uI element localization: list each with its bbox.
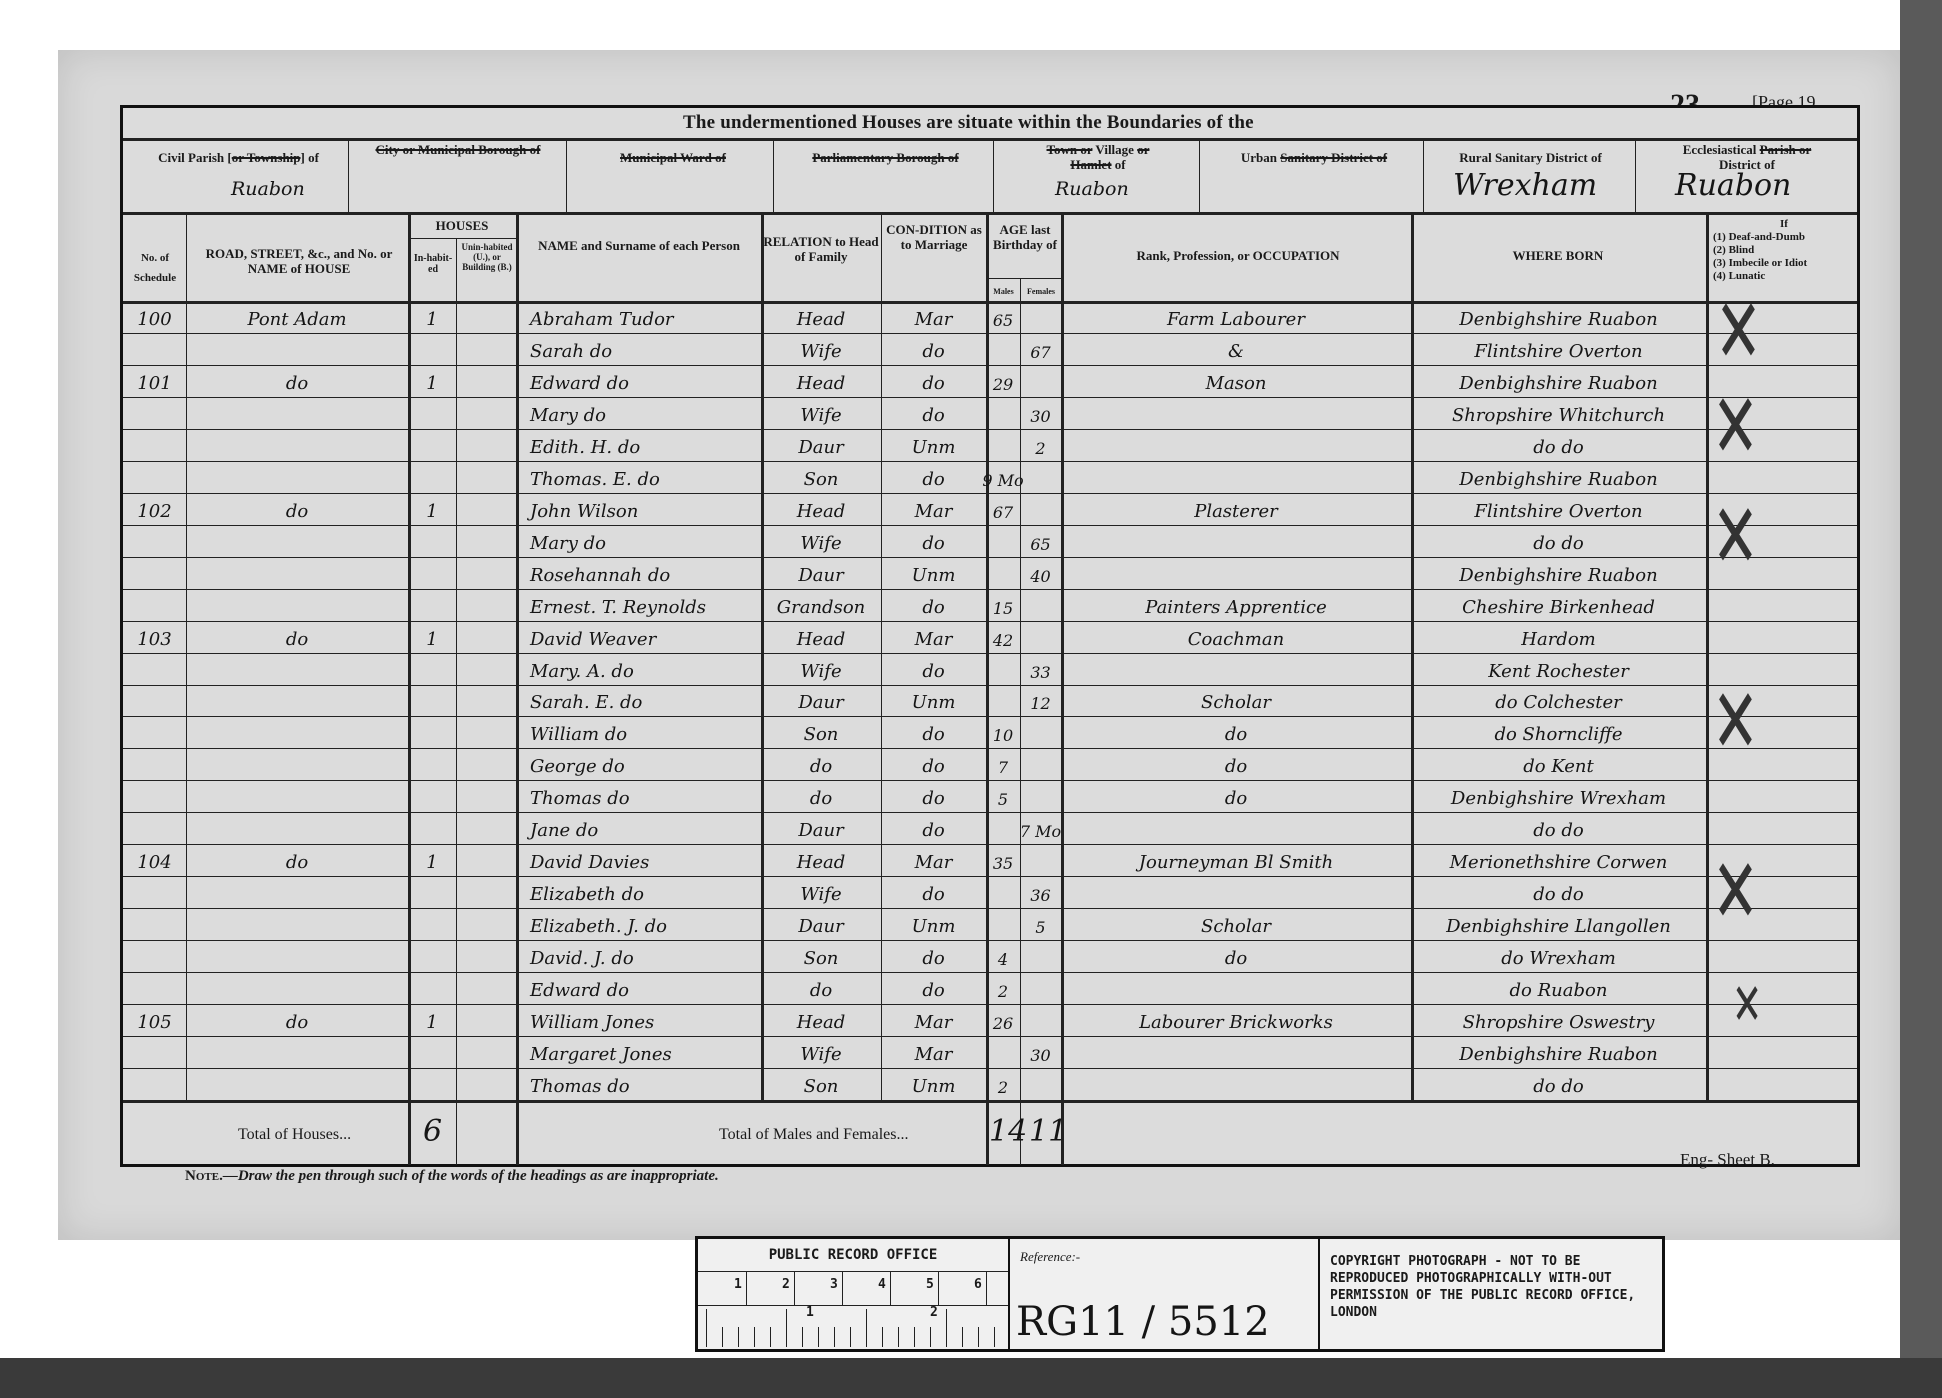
schedule-cell: 105	[123, 1004, 186, 1036]
inhabited-cell	[408, 780, 456, 812]
name-cell: John Wilson	[516, 493, 761, 525]
relation-cell: Son	[761, 940, 881, 972]
female-age-cell	[1020, 461, 1061, 493]
road-cell	[186, 429, 408, 461]
name-cell: Mary do	[516, 397, 761, 429]
relation-cell: do	[761, 972, 881, 1004]
male-age-cell	[986, 812, 1020, 844]
census-form: The undermentioned Houses are situate wi…	[120, 105, 1860, 1167]
male-age-cell	[986, 1036, 1020, 1068]
col-header-where-born: WHERE BORN	[1413, 248, 1703, 263]
female-age-cell	[1020, 780, 1061, 812]
birthplace-cell: do Kent	[1411, 748, 1706, 780]
occupation-cell	[1061, 429, 1411, 461]
road-cell	[186, 940, 408, 972]
rural-sanitary-value: Wrexham	[1453, 168, 1597, 203]
road-cell	[186, 812, 408, 844]
male-age-cell: 7	[986, 748, 1020, 780]
birthplace-cell: Flintshire Overton	[1411, 333, 1706, 365]
public-record-office-stamp: PUBLIC RECORD OFFICE 123456 1 2 Referenc…	[695, 1236, 1665, 1352]
parliamentary-borough-label: Parliamentary Borough of	[783, 150, 988, 165]
name-cell: Mary. A. do	[516, 653, 761, 685]
condition-cell: do	[881, 940, 986, 972]
female-age-cell	[1020, 844, 1061, 876]
occupation-cell: Farm Labourer	[1061, 301, 1411, 333]
schedule-cell	[123, 1036, 186, 1068]
col-line	[1706, 212, 1709, 1100]
male-age-cell	[986, 429, 1020, 461]
office-label: PUBLIC RECORD OFFICE	[698, 1247, 1008, 1263]
condition-cell: Mar	[881, 493, 986, 525]
name-cell: Elizabeth. J. do	[516, 908, 761, 940]
reference-value: RG11 / 5512	[1016, 1299, 1270, 1345]
condition-cell: Mar	[881, 844, 986, 876]
road-cell	[186, 653, 408, 685]
condition-cell: do	[881, 397, 986, 429]
condition-cell: Mar	[881, 1004, 986, 1036]
name-cell: George do	[516, 748, 761, 780]
birthplace-cell: Denbighshire Ruabon	[1411, 461, 1706, 493]
schedule-cell	[123, 461, 186, 493]
occupation-cell	[1061, 461, 1411, 493]
female-age-cell	[1020, 748, 1061, 780]
male-age-cell	[986, 685, 1020, 717]
relation-cell: Daur	[761, 812, 881, 844]
male-age-cell: 67	[986, 493, 1020, 525]
male-age-cell	[986, 876, 1020, 908]
col-line	[456, 238, 457, 1165]
ruler-tick	[754, 1327, 755, 1347]
inhabited-cell	[408, 812, 456, 844]
male-age-cell	[986, 653, 1020, 685]
female-age-cell	[1020, 621, 1061, 653]
ruler-divider	[794, 1271, 795, 1305]
condition-cell: Unm	[881, 429, 986, 461]
birthplace-cell: do do	[1411, 429, 1706, 461]
ruler-divider	[746, 1271, 747, 1305]
infirmity-cross-mark: ✕	[1732, 973, 1762, 1039]
schedule-cell	[123, 589, 186, 621]
relation-cell: do	[761, 780, 881, 812]
inhabited-cell	[408, 972, 456, 1004]
road-cell	[186, 1036, 408, 1068]
birthplace-cell: do do	[1411, 525, 1706, 557]
infirmity-cross-mark: ✕	[1712, 376, 1759, 480]
occupation-cell: do	[1061, 940, 1411, 972]
birthplace-cell: do do	[1411, 812, 1706, 844]
occupation-cell	[1061, 812, 1411, 844]
ruler-tick	[802, 1327, 803, 1347]
inhabited-cell: 1	[408, 1004, 456, 1036]
schedule-cell	[123, 429, 186, 461]
ruler-top-label: 3	[830, 1277, 838, 1292]
schedule-cell	[123, 908, 186, 940]
schedule-cell	[123, 557, 186, 589]
condition-cell: do	[881, 716, 986, 748]
scan-background-right	[1900, 0, 1942, 1398]
condition-cell: do	[881, 653, 986, 685]
inhabited-cell	[408, 429, 456, 461]
condition-cell: do	[881, 525, 986, 557]
occupation-cell	[1061, 876, 1411, 908]
col-header-relation: RELATION to Head of Family	[763, 234, 879, 264]
form-note: Note.—Draw the pen through such of the w…	[185, 1168, 719, 1185]
ruler-divider	[938, 1271, 939, 1305]
birthplace-cell: Merionethshire Corwen	[1411, 844, 1706, 876]
occupation-cell	[1061, 397, 1411, 429]
male-age-cell: 5	[986, 780, 1020, 812]
condition-cell: do	[881, 365, 986, 397]
road-cell	[186, 589, 408, 621]
divider	[123, 212, 1857, 215]
inhabited-cell: 1	[408, 493, 456, 525]
road-cell: do	[186, 493, 408, 525]
birthplace-cell: Hardom	[1411, 621, 1706, 653]
relation-cell: Wife	[761, 653, 881, 685]
female-age-cell: 67	[1020, 333, 1061, 365]
col-header-road: ROAD, STREET, &c., and No. or NAME of HO…	[193, 246, 405, 276]
ruler-tick	[834, 1327, 835, 1347]
relation-cell: do	[761, 748, 881, 780]
relation-cell: Daur	[761, 557, 881, 589]
total-houses-label: Total of Houses...	[238, 1126, 351, 1144]
inhabited-cell	[408, 525, 456, 557]
road-cell	[186, 1068, 408, 1100]
male-age-cell: 2	[986, 972, 1020, 1004]
inhabited-cell	[408, 940, 456, 972]
condition-cell: do	[881, 972, 986, 1004]
inhabited-cell: 1	[408, 621, 456, 653]
reference-label: Reference:-	[1020, 1249, 1080, 1265]
name-cell: Edward do	[516, 972, 761, 1004]
female-age-cell: 12	[1020, 685, 1061, 717]
municipal-ward-label: Municipal Ward of	[578, 150, 768, 165]
ruler-tick	[706, 1309, 707, 1347]
ruler-tick	[898, 1327, 899, 1347]
ruler-tick	[930, 1327, 931, 1347]
town-village-label: Town or Village orHamlet of	[1003, 142, 1193, 172]
schedule-cell	[123, 972, 186, 1004]
name-cell: Thomas do	[516, 780, 761, 812]
condition-cell: do	[881, 461, 986, 493]
inhabited-cell: 1	[408, 365, 456, 397]
birthplace-cell: Denbighshire Ruabon	[1411, 1036, 1706, 1068]
divider	[1199, 138, 1200, 212]
divider	[1635, 138, 1636, 212]
birthplace-cell: do do	[1411, 876, 1706, 908]
divider	[773, 138, 774, 212]
inhabited-cell	[408, 1068, 456, 1100]
female-age-cell: 36	[1020, 876, 1061, 908]
relation-cell: Wife	[761, 1036, 881, 1068]
condition-cell: do	[881, 876, 986, 908]
inhabited-cell: 1	[408, 844, 456, 876]
birthplace-cell: do Shorncliffe	[1411, 716, 1706, 748]
female-age-cell	[1020, 493, 1061, 525]
total-houses-value: 6	[423, 1114, 442, 1149]
divider	[348, 138, 349, 212]
female-age-cell: 33	[1020, 653, 1061, 685]
ruler-divider	[842, 1271, 843, 1305]
name-cell: William do	[516, 716, 761, 748]
name-cell: Margaret Jones	[516, 1036, 761, 1068]
male-age-cell: 9 Mo	[986, 461, 1020, 493]
divider	[123, 1100, 1857, 1103]
schedule-cell: 104	[123, 844, 186, 876]
boundaries-title: The undermentioned Houses are situate wi…	[683, 112, 1254, 134]
condition-cell: Unm	[881, 685, 986, 717]
ruler-divider	[890, 1271, 891, 1305]
relation-cell: Son	[761, 716, 881, 748]
name-cell: Thomas. E. do	[516, 461, 761, 493]
occupation-cell: Journeyman Bl Smith	[1061, 844, 1411, 876]
birthplace-cell: do Ruabon	[1411, 972, 1706, 1004]
schedule-cell	[123, 685, 186, 717]
male-age-cell: 65	[986, 301, 1020, 333]
condition-cell: do	[881, 748, 986, 780]
birthplace-cell: Denbighshire Ruabon	[1411, 301, 1706, 333]
ruler-tick	[866, 1309, 867, 1347]
occupation-cell	[1061, 1036, 1411, 1068]
road-cell: do	[186, 621, 408, 653]
birthplace-cell: do Colchester	[1411, 685, 1706, 717]
female-age-cell	[1020, 1004, 1061, 1036]
inhabited-cell	[408, 461, 456, 493]
relation-cell: Head	[761, 1004, 881, 1036]
schedule-cell	[123, 940, 186, 972]
birthplace-cell: Denbighshire Ruabon	[1411, 365, 1706, 397]
condition-cell: Unm	[881, 557, 986, 589]
name-cell: William Jones	[516, 1004, 761, 1036]
inhabited-cell	[408, 908, 456, 940]
road-cell: do	[186, 365, 408, 397]
condition-cell: do	[881, 812, 986, 844]
road-cell	[186, 461, 408, 493]
name-cell: Thomas do	[516, 1068, 761, 1100]
road-cell: do	[186, 1004, 408, 1036]
ruler-tick	[738, 1327, 739, 1347]
male-age-cell: 35	[986, 844, 1020, 876]
ruler-tick	[978, 1327, 979, 1347]
male-age-cell: 15	[986, 589, 1020, 621]
col-header-houses: HOUSES	[410, 218, 514, 233]
col-header-name: NAME and Surname of each Person	[523, 238, 755, 253]
occupation-cell	[1061, 972, 1411, 1004]
inhabited-cell	[408, 1036, 456, 1068]
inhabited-cell: 1	[408, 301, 456, 333]
ruler-bottom-label: 2	[930, 1305, 938, 1320]
copyright-notice: COPYRIGHT PHOTOGRAPH - NOT TO BE REPRODU…	[1318, 1239, 1662, 1349]
relation-cell: Daur	[761, 685, 881, 717]
total-persons-label: Total of Males and Females...	[719, 1126, 909, 1144]
infirmity-cross-mark: ✕	[1715, 281, 1762, 385]
ruler-tick	[722, 1327, 723, 1347]
inhabited-cell	[408, 716, 456, 748]
female-age-cell: 7 Mo	[1020, 812, 1061, 844]
relation-cell: Daur	[761, 908, 881, 940]
name-cell: Sarah. E. do	[516, 685, 761, 717]
occupation-cell: do	[1061, 716, 1411, 748]
birthplace-cell: do do	[1411, 1068, 1706, 1100]
female-age-cell	[1020, 365, 1061, 397]
condition-cell: do	[881, 780, 986, 812]
ruler-divider	[986, 1271, 987, 1305]
occupation-cell: Labourer Brickworks	[1061, 1004, 1411, 1036]
schedule-cell: 100	[123, 301, 186, 333]
road-cell	[186, 972, 408, 1004]
town-village-value: Ruabon	[1055, 178, 1129, 200]
schedule-cell	[123, 748, 186, 780]
occupation-cell: Scholar	[1061, 908, 1411, 940]
road-cell	[186, 685, 408, 717]
relation-cell: Son	[761, 1068, 881, 1100]
road-cell: Pont Adam	[186, 301, 408, 333]
ruler-tick	[962, 1327, 963, 1347]
birthplace-cell: Shropshire Oswestry	[1411, 1004, 1706, 1036]
ruler-tick	[818, 1327, 819, 1347]
road-cell	[186, 876, 408, 908]
ruler-top-label: 2	[782, 1277, 790, 1292]
divider	[698, 1305, 1008, 1306]
road-cell	[186, 748, 408, 780]
ruler-tick	[786, 1309, 787, 1347]
name-cell: Edith. H. do	[516, 429, 761, 461]
name-cell: David Weaver	[516, 621, 761, 653]
road-cell	[186, 557, 408, 589]
occupation-cell	[1061, 1068, 1411, 1100]
name-cell: David. J. do	[516, 940, 761, 972]
birthplace-cell: Cheshire Birkenhead	[1411, 589, 1706, 621]
name-cell: Jane do	[516, 812, 761, 844]
infirmity-cross-mark: ✕	[1712, 841, 1759, 945]
ruler-tick	[850, 1327, 851, 1347]
ruler-top-label: 4	[878, 1277, 886, 1292]
relation-cell: Wife	[761, 397, 881, 429]
birthplace-cell: Denbighshire Wrexham	[1411, 780, 1706, 812]
male-age-cell: 10	[986, 716, 1020, 748]
schedule-cell	[123, 716, 186, 748]
occupation-cell: Plasterer	[1061, 493, 1411, 525]
col-header-males: Males	[987, 286, 1020, 297]
condition-cell: Unm	[881, 1068, 986, 1100]
birthplace-cell: do Wrexham	[1411, 940, 1706, 972]
ruler-top-label: 6	[974, 1277, 982, 1292]
relation-cell: Head	[761, 365, 881, 397]
birthplace-cell: Denbighshire Llangollen	[1411, 908, 1706, 940]
occupation-cell: Painters Apprentice	[1061, 589, 1411, 621]
occupation-cell: Mason	[1061, 365, 1411, 397]
female-age-cell: 2	[1020, 429, 1061, 461]
ruler-bottom-label: 1	[806, 1305, 814, 1320]
occupation-cell: Scholar	[1061, 685, 1411, 717]
male-age-cell	[986, 525, 1020, 557]
divider	[993, 138, 994, 212]
total-females-value: 11	[1029, 1114, 1067, 1149]
birthplace-cell: Kent Rochester	[1411, 653, 1706, 685]
inhabited-cell	[408, 653, 456, 685]
divider	[566, 138, 567, 212]
ruler-tick	[946, 1309, 947, 1347]
occupation-cell: Coachman	[1061, 621, 1411, 653]
condition-cell: do	[881, 589, 986, 621]
relation-cell: Head	[761, 844, 881, 876]
female-age-cell	[1020, 716, 1061, 748]
male-age-cell	[986, 557, 1020, 589]
condition-cell: Unm	[881, 908, 986, 940]
female-age-cell	[1020, 972, 1061, 1004]
total-males-value: 14	[989, 1114, 1027, 1149]
col-header-inhabited: In-habit-ed	[412, 253, 454, 275]
col-header-females: Females	[1021, 286, 1061, 297]
name-cell: Elizabeth do	[516, 876, 761, 908]
ruler-top-label: 1	[734, 1277, 742, 1292]
occupation-cell	[1061, 653, 1411, 685]
name-cell: Edward do	[516, 365, 761, 397]
condition-cell: Mar	[881, 1036, 986, 1068]
schedule-cell: 101	[123, 365, 186, 397]
relation-cell: Head	[761, 621, 881, 653]
relation-cell: Grandson	[761, 589, 881, 621]
ruler-box: PUBLIC RECORD OFFICE 123456 1 2	[698, 1239, 1010, 1349]
schedule-cell	[123, 876, 186, 908]
female-age-cell: 30	[1020, 1036, 1061, 1068]
road-cell	[186, 780, 408, 812]
road-cell	[186, 908, 408, 940]
schedule-cell	[123, 525, 186, 557]
condition-cell: do	[881, 333, 986, 365]
occupation-cell: do	[1061, 780, 1411, 812]
name-cell: Abraham Tudor	[516, 301, 761, 333]
divider	[986, 278, 1061, 279]
occupation-cell	[1061, 557, 1411, 589]
name-cell: Ernest. T. Reynolds	[516, 589, 761, 621]
divider	[408, 238, 516, 239]
divider	[698, 1271, 1008, 1272]
infirmity-cross-mark: ✕	[1712, 671, 1759, 775]
male-age-cell	[986, 908, 1020, 940]
male-age-cell	[986, 397, 1020, 429]
urban-sanitary-label: Urban Sanitary District of	[1209, 150, 1419, 165]
scan-background-bottom	[0, 1358, 1942, 1398]
ruler-tick	[994, 1327, 995, 1347]
inhabited-cell	[408, 589, 456, 621]
female-age-cell: 30	[1020, 397, 1061, 429]
divider	[123, 138, 1857, 141]
col-header-uninhabited: Unin-habited (U.), or Building (B.)	[459, 242, 515, 272]
inhabited-cell	[408, 333, 456, 365]
inhabited-cell	[408, 748, 456, 780]
condition-cell: Mar	[881, 301, 986, 333]
schedule-cell	[123, 397, 186, 429]
male-age-cell	[986, 333, 1020, 365]
reference-box: Reference:- RG11 / 5512	[1008, 1239, 1320, 1349]
rural-sanitary-label: Rural Sanitary District of	[1428, 150, 1633, 165]
road-cell	[186, 525, 408, 557]
ruler-tick	[914, 1327, 915, 1347]
female-age-cell	[1020, 1068, 1061, 1100]
schedule-cell	[123, 333, 186, 365]
occupation-cell: do	[1061, 748, 1411, 780]
male-age-cell: 29	[986, 365, 1020, 397]
col-header-age: AGE last Birthday of	[991, 222, 1059, 252]
inhabited-cell	[408, 557, 456, 589]
name-cell: David Davies	[516, 844, 761, 876]
condition-cell: Mar	[881, 621, 986, 653]
female-age-cell: 65	[1020, 525, 1061, 557]
road-cell	[186, 716, 408, 748]
name-cell: Sarah do	[516, 333, 761, 365]
female-age-cell: 40	[1020, 557, 1061, 589]
